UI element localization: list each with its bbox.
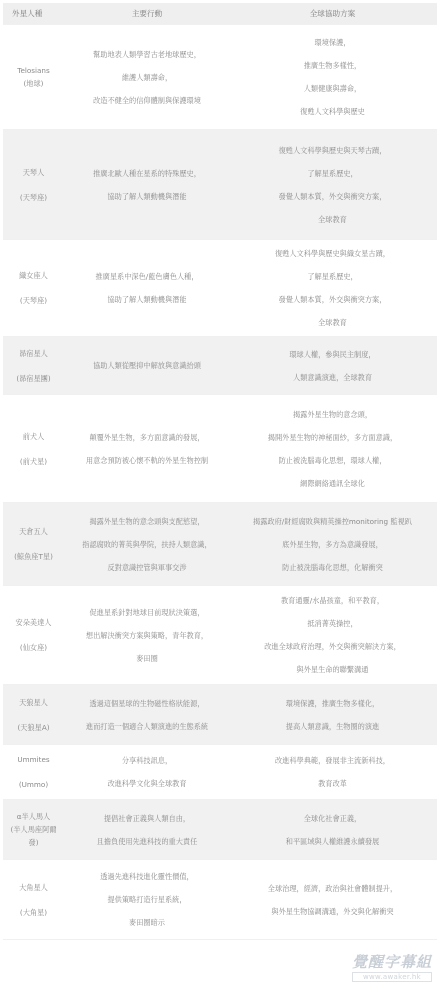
alien-races-table: 外星人種 主要行動 全球協助方案 Telosians(地球)幫助地表人類學習古老…	[3, 3, 437, 940]
plans-cell-line: 全球治理，經濟，政治與社會體制提升，	[236, 877, 429, 900]
race-cell-line: 天琴人	[9, 160, 58, 185]
actions-cell-line: 幫助地表人類學習古老地球歷史，	[58, 43, 236, 66]
actions-cell: 提倡社會正義與人類自由，且擔負使用先進科技的重大責任	[58, 807, 236, 853]
actions-cell-line: 協助了解人類動機與潛能	[58, 185, 236, 208]
race-cell: 天琴人(天琴座)	[3, 160, 58, 210]
actions-cell-line: 進而打造一個適合人類演進的生態系統	[58, 715, 236, 738]
plans-cell-line: 復甦人文科學與歷史	[236, 100, 429, 123]
race-cell: Telosians(地球)	[3, 64, 58, 90]
actions-cell-line: 提供策略打造行星系統，	[58, 888, 236, 911]
race-cell: α半人馬人(半人馬座阿爾發)	[3, 810, 58, 849]
plans-cell-line: 與外星生物協調溝通，外交與化解衝突	[236, 900, 429, 923]
actions-cell: 協助人類從壓抑中解放與意識抬頭	[58, 354, 236, 377]
plans-cell: 全球化社會正義，和平區域與人權維護永續發展	[236, 807, 437, 853]
race-cell-line: 安朵美達人	[9, 610, 58, 635]
plans-cell-line: 揭露外星生物的意念頭，	[236, 403, 429, 426]
actions-cell-line: 提倡社會正義與人類自由，	[58, 807, 236, 830]
table-row: 昴宿星人(昴宿星團)協助人類從壓抑中解放與意識抬頭環球人權，參與民主制度，人類意…	[3, 337, 437, 395]
plans-cell-line: 了解星系歷史，	[236, 162, 429, 185]
race-cell-line: 織女座人	[9, 263, 58, 288]
race-cell-line: 天倉五人	[9, 519, 58, 544]
table-row: 大角星人(大角星)透過先進科技進化靈性價值，提供策略打造行星系統，麥田圈暗示全球…	[3, 860, 437, 940]
race-cell: 織女座人(天琴座)	[3, 263, 58, 313]
race-cell: 天倉五人(鯨魚座T星)	[3, 519, 58, 569]
race-cell: 前犬人(前犬星)	[3, 424, 58, 474]
plans-cell-line: 底外星生物，多方為意識發展，	[236, 533, 429, 556]
watermark-url: www.awaker.hk	[352, 972, 432, 982]
table-header-row: 外星人種 主要行動 全球協助方案	[3, 3, 437, 25]
plans-cell-line: 揭露政府/財經腐敗與精英操控monitoring 監視趴	[236, 510, 429, 533]
plans-cell-line: 全球教育	[236, 208, 429, 231]
plans-cell: 復甦人文科學與歷史與天琴古蹟，了解星系歷史，發覺人類本質，外交與衝突方案，全球教…	[236, 139, 437, 231]
actions-cell-line: 透過先進科技進化靈性價值，	[58, 865, 236, 888]
plans-cell-line: 防止被洗腦毒化思想，環球人權，	[236, 449, 429, 472]
plans-cell-line: 環境保護，推廣生物多樣化，	[236, 692, 429, 715]
table-row: 前犬人(前犬星)顛覆外星生物，多方面意識的發展，用意念預防被心懷不軌的外星生物控…	[3, 395, 437, 503]
table-row: Ummites(Ummo)分享科技訊息，改進科學文化與全球教育改進科學典範，發展…	[3, 745, 437, 800]
actions-cell-line: 揭露外星生物的意念頭與支配慾望，	[58, 510, 236, 533]
plans-cell-line: 環境保護，	[236, 31, 429, 54]
actions-cell: 促進星系針對地球目前現狀決策選，想出解決衝突方案與策略，青年教育，麥田圈	[58, 601, 236, 670]
race-cell-line: (仙女座)	[9, 635, 58, 660]
plans-cell-line: 復甦人文科學與歷史與織女星古蹟，	[236, 242, 429, 265]
table-row: Telosians(地球)幫助地表人類學習古老地球歷史，維護人類壽命，改造不健全…	[3, 25, 437, 130]
table-row: 織女座人(天琴座)推廣星系中深色/藍色膚色人種，協助了解人類動機與潛能復甦人文科…	[3, 240, 437, 337]
plans-cell-line: 復甦人文科學與歷史與天琴古蹟，	[236, 139, 429, 162]
actions-cell: 透過這個星球的生物磁性格狀能源，進而打造一個適合人類演進的生態系統	[58, 692, 236, 738]
actions-cell-line: 維護人類壽命，	[58, 66, 236, 89]
actions-cell: 顛覆外星生物，多方面意識的發展，用意念預防被心懷不軌的外星生物控制	[58, 426, 236, 472]
plans-cell-line: 推廣生物多樣性，	[236, 54, 429, 77]
race-cell-line: (地球)	[9, 77, 58, 90]
race-cell-line: (前犬星)	[9, 449, 58, 474]
plans-cell-line: 教育改革	[236, 772, 429, 795]
actions-cell-line: 麥田圈	[58, 647, 236, 670]
table-row: 安朵美達人(仙女座)促進星系針對地球目前現狀決策選，想出解決衝突方案與策略，青年…	[3, 586, 437, 685]
plans-cell-line: 人類意識演進，全球教育	[236, 366, 429, 389]
table-body: Telosians(地球)幫助地表人類學習古老地球歷史，維護人類壽命，改造不健全…	[3, 25, 437, 940]
plans-cell-line: 網際網絡通訊全球化	[236, 472, 429, 495]
actions-cell: 推廣北歐人種在星系的特殊歷史，協助了解人類動機與潛能	[58, 162, 236, 208]
plans-cell-line: 和平區域與人權維護永續發展	[236, 830, 429, 853]
race-cell-line: Ummites	[9, 747, 58, 772]
plans-cell: 教育通靈/水晶孩童，和平教育，抵消菁英操控，改進全球政府治理，外交與衝突解決方案…	[236, 589, 437, 681]
race-cell-line: (半人馬座阿爾發)	[9, 823, 58, 849]
actions-cell: 推廣星系中深色/藍色膚色人種，協助了解人類動機與潛能	[58, 265, 236, 311]
actions-cell-line: 透過這個星球的生物磁性格狀能源，	[58, 692, 236, 715]
plans-cell-line: 教育通靈/水晶孩童，和平教育，	[236, 589, 429, 612]
race-cell-line: Telosians	[9, 64, 58, 77]
plans-cell-line: 改進科學典範，發展非主流新科技，	[236, 749, 429, 772]
header-race: 外星人種	[3, 8, 58, 19]
plans-cell-line: 發覺人類本質，外交與衝突方案，	[236, 288, 429, 311]
actions-cell-line: 協助人類從壓抑中解放與意識抬頭	[58, 354, 236, 377]
actions-cell-line: 想出解決衝突方案與策略，青年教育，	[58, 624, 236, 647]
table-row: 天狼星人(天狼星A)透過這個星球的生物磁性格狀能源，進而打造一個適合人類演進的生…	[3, 685, 437, 745]
actions-cell-line: 指認腐敗的菁英與學院，扶持人類意識，	[58, 533, 236, 556]
actions-cell-line: 用意念預防被心懷不軌的外星生物控制	[58, 449, 236, 472]
actions-cell-line: 促進星系針對地球目前現狀決策選，	[58, 601, 236, 624]
plans-cell: 復甦人文科學與歷史與織女星古蹟，了解星系歷史，發覺人類本質，外交與衝突方案，全球…	[236, 242, 437, 334]
plans-cell-line: 抵消菁英操控，	[236, 612, 429, 635]
plans-cell: 環境保護，推廣生物多樣化，提高人類意識，生物圈的演進	[236, 692, 437, 738]
actions-cell-line: 麥田圈暗示	[58, 911, 236, 934]
plans-cell-line: 與外星生命的聯繫溝通	[236, 658, 429, 681]
race-cell: 天狼星人(天狼星A)	[3, 690, 58, 740]
race-cell: 昴宿星人(昴宿星團)	[3, 341, 58, 391]
actions-cell: 透過先進科技進化靈性價值，提供策略打造行星系統，麥田圈暗示	[58, 865, 236, 934]
actions-cell-line: 改造不健全的信仰體制與保護環境	[58, 89, 236, 112]
watermark: 覺醒字幕組 www.awaker.hk	[352, 951, 432, 982]
race-cell-line: (大角星)	[9, 900, 58, 925]
race-cell-line: α半人馬人	[9, 810, 58, 823]
table-row: 天琴人(天琴座)推廣北歐人種在星系的特殊歷史，協助了解人類動機與潛能復甦人文科學…	[3, 130, 437, 240]
actions-cell-line: 反對意識控管與軍事交涉	[58, 556, 236, 579]
plans-cell-line: 揭開外星生物的神秘面紗，多方面意識，	[236, 426, 429, 449]
actions-cell: 分享科技訊息，改進科學文化與全球教育	[58, 749, 236, 795]
race-cell-line: (天琴座)	[9, 185, 58, 210]
race-cell-line: 天狼星人	[9, 690, 58, 715]
plans-cell-line: 改進全球政府治理，外交與衝突解決方案，	[236, 635, 429, 658]
plans-cell: 改進科學典範，發展非主流新科技，教育改革	[236, 749, 437, 795]
plans-cell-line: 防止被洗腦毒化思想，化解衝突	[236, 556, 429, 579]
race-cell-line: (Ummo)	[9, 772, 58, 797]
header-plans: 全球協助方案	[236, 8, 437, 19]
race-cell: 安朵美達人(仙女座)	[3, 610, 58, 660]
race-cell-line: (昴宿星團)	[9, 366, 58, 391]
plans-cell-line: 全球教育	[236, 311, 429, 334]
actions-cell-line: 分享科技訊息，	[58, 749, 236, 772]
race-cell: Ummites(Ummo)	[3, 747, 58, 797]
actions-cell-line: 推廣星系中深色/藍色膚色人種，	[58, 265, 236, 288]
actions-cell: 揭露外星生物的意念頭與支配慾望，指認腐敗的菁英與學院，扶持人類意識，反對意識控管…	[58, 510, 236, 579]
actions-cell-line: 改進科學文化與全球教育	[58, 772, 236, 795]
table-row: 天倉五人(鯨魚座T星)揭露外星生物的意念頭與支配慾望，指認腐敗的菁英與學院，扶持…	[3, 503, 437, 586]
plans-cell: 揭露政府/財經腐敗與精英操控monitoring 監視趴底外星生物，多方為意識發…	[236, 510, 437, 579]
plans-cell: 全球治理，經濟，政治與社會體制提升，與外星生物協調溝通，外交與化解衝突	[236, 877, 437, 923]
actions-cell: 幫助地表人類學習古老地球歷史，維護人類壽命，改造不健全的信仰體制與保護環境	[58, 43, 236, 112]
race-cell-line: (天狼星A)	[9, 715, 58, 740]
actions-cell-line: 協助了解人類動機與潛能	[58, 288, 236, 311]
race-cell-line: 前犬人	[9, 424, 58, 449]
actions-cell-line: 且擔負使用先進科技的重大責任	[58, 830, 236, 853]
plans-cell-line: 人類健康與壽命，	[236, 77, 429, 100]
plans-cell: 環球人權，參與民主制度，人類意識演進，全球教育	[236, 343, 437, 389]
plans-cell: 揭露外星生物的意念頭，揭開外星生物的神秘面紗，多方面意識，防止被洗腦毒化思想，環…	[236, 403, 437, 495]
plans-cell-line: 提高人類意識，生物圈的演進	[236, 715, 429, 738]
actions-cell-line: 顛覆外星生物，多方面意識的發展，	[58, 426, 236, 449]
race-cell: 大角星人(大角星)	[3, 875, 58, 925]
plans-cell-line: 環球人權，參與民主制度，	[236, 343, 429, 366]
table-row: α半人馬人(半人馬座阿爾發)提倡社會正義與人類自由，且擔負使用先進科技的重大責任…	[3, 800, 437, 860]
race-cell-line: 大角星人	[9, 875, 58, 900]
actions-cell-line: 推廣北歐人種在星系的特殊歷史，	[58, 162, 236, 185]
plans-cell-line: 全球化社會正義，	[236, 807, 429, 830]
race-cell-line: 昴宿星人	[9, 341, 58, 366]
plans-cell: 環境保護，推廣生物多樣性，人類健康與壽命，復甦人文科學與歷史	[236, 31, 437, 123]
race-cell-line: (鯨魚座T星)	[9, 544, 58, 569]
race-cell-line: (天琴座)	[9, 288, 58, 313]
plans-cell-line: 發覺人類本質，外交與衝突方案，	[236, 185, 429, 208]
header-actions: 主要行動	[58, 8, 236, 19]
watermark-logo: 覺醒字幕組	[352, 951, 432, 972]
plans-cell-line: 了解星系歷史，	[236, 265, 429, 288]
